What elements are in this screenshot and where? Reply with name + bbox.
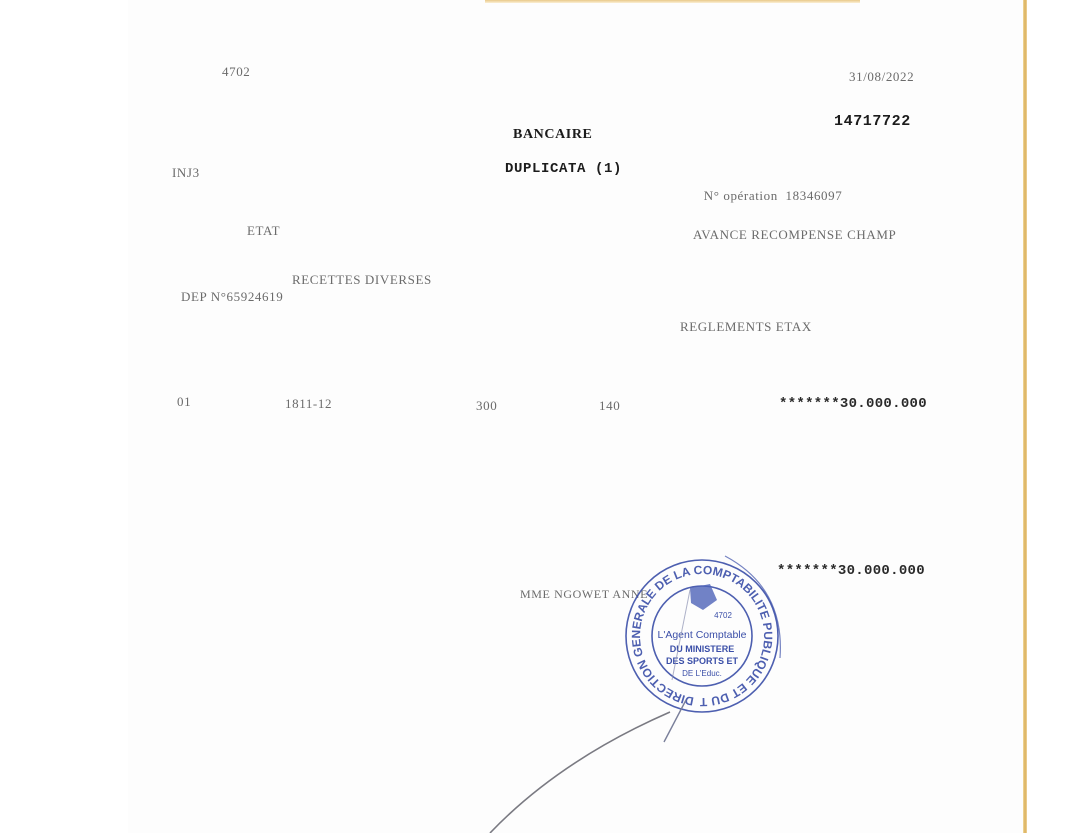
page-top-edge	[485, 0, 860, 3]
svg-text:L'Agent Comptable: L'Agent Comptable	[658, 629, 747, 641]
svg-text:DU MINISTERE: DU MINISTERE	[670, 644, 735, 654]
account-number: 1811-12	[285, 396, 332, 412]
document-date: 31/08/2022	[849, 69, 914, 85]
payer: ETAT	[247, 223, 280, 239]
deposit-number: DEP N°65924619	[181, 289, 283, 305]
total-amount: *******30.000.000	[777, 563, 925, 579]
category: RECETTES DIVERSES	[292, 272, 432, 288]
operation-number: 18346097	[786, 188, 843, 203]
copy-label: DUPLICATA (1)	[505, 161, 622, 177]
settlement: REGLEMENTS ETAX	[680, 319, 812, 335]
operation-label: N° opération	[704, 188, 778, 203]
line-amount: *******30.000.000	[779, 396, 927, 412]
agency-code: 4702	[222, 64, 250, 80]
operation-field: N° opération 18346097	[696, 172, 842, 204]
page-edge	[1023, 0, 1027, 833]
svg-text:DE L'Educ.: DE L'Educ.	[682, 669, 722, 678]
purpose: AVANCE RECOMPENSE CHAMP	[693, 227, 896, 243]
line-number: 01	[177, 394, 191, 410]
document-number: 14717722	[834, 113, 911, 130]
svg-text:4702: 4702	[714, 611, 732, 620]
document-code: INJ3	[172, 165, 200, 181]
svg-text:DES SPORTS ET: DES SPORTS ET	[666, 656, 739, 666]
line-col4: 140	[599, 398, 620, 414]
line-col3: 300	[476, 398, 497, 414]
document-type: BANCAIRE	[513, 127, 592, 143]
official-stamp-icon: DIRECTION GENERALE DE LA COMPTABILITE PU…	[615, 548, 790, 728]
